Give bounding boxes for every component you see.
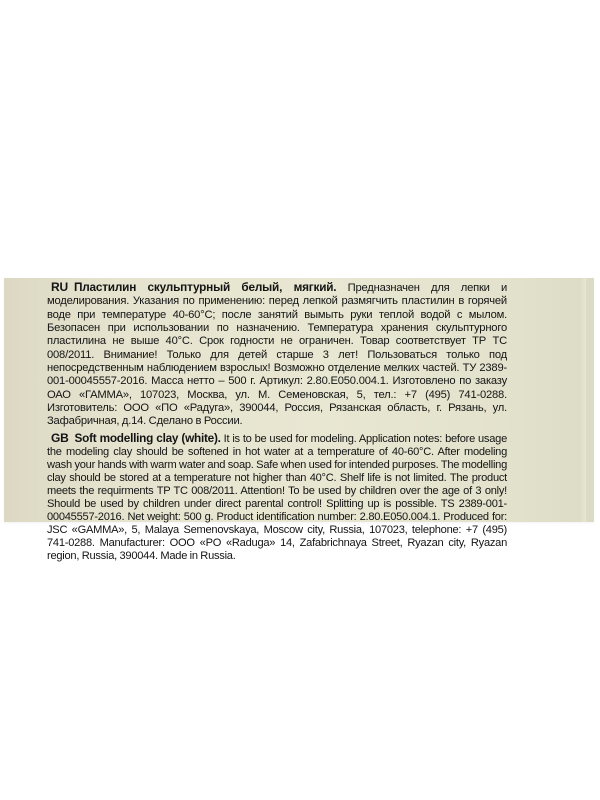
product-label: RUПластилин скульптурный белый, мягкий. … [4,278,594,522]
description-ru: Предназначен для лепки и моделирования. … [47,282,507,427]
product-title-gb: Soft modelling clay (white). [75,431,221,445]
description-gb: It is to be used for modeling. Applicati… [47,433,507,562]
language-code-ru: RU [51,280,68,294]
russian-paragraph: RUПластилин скульптурный белый, мягкий. … [47,281,507,429]
english-paragraph: GBSoft modelling clay (white). It is to … [47,432,507,563]
product-title-ru: Пластилин скульптурный белый, мягкий. [74,280,336,294]
label-text-block: RUПластилин скульптурный белый, мягкий. … [47,281,507,563]
language-code-gb: GB [51,431,69,445]
